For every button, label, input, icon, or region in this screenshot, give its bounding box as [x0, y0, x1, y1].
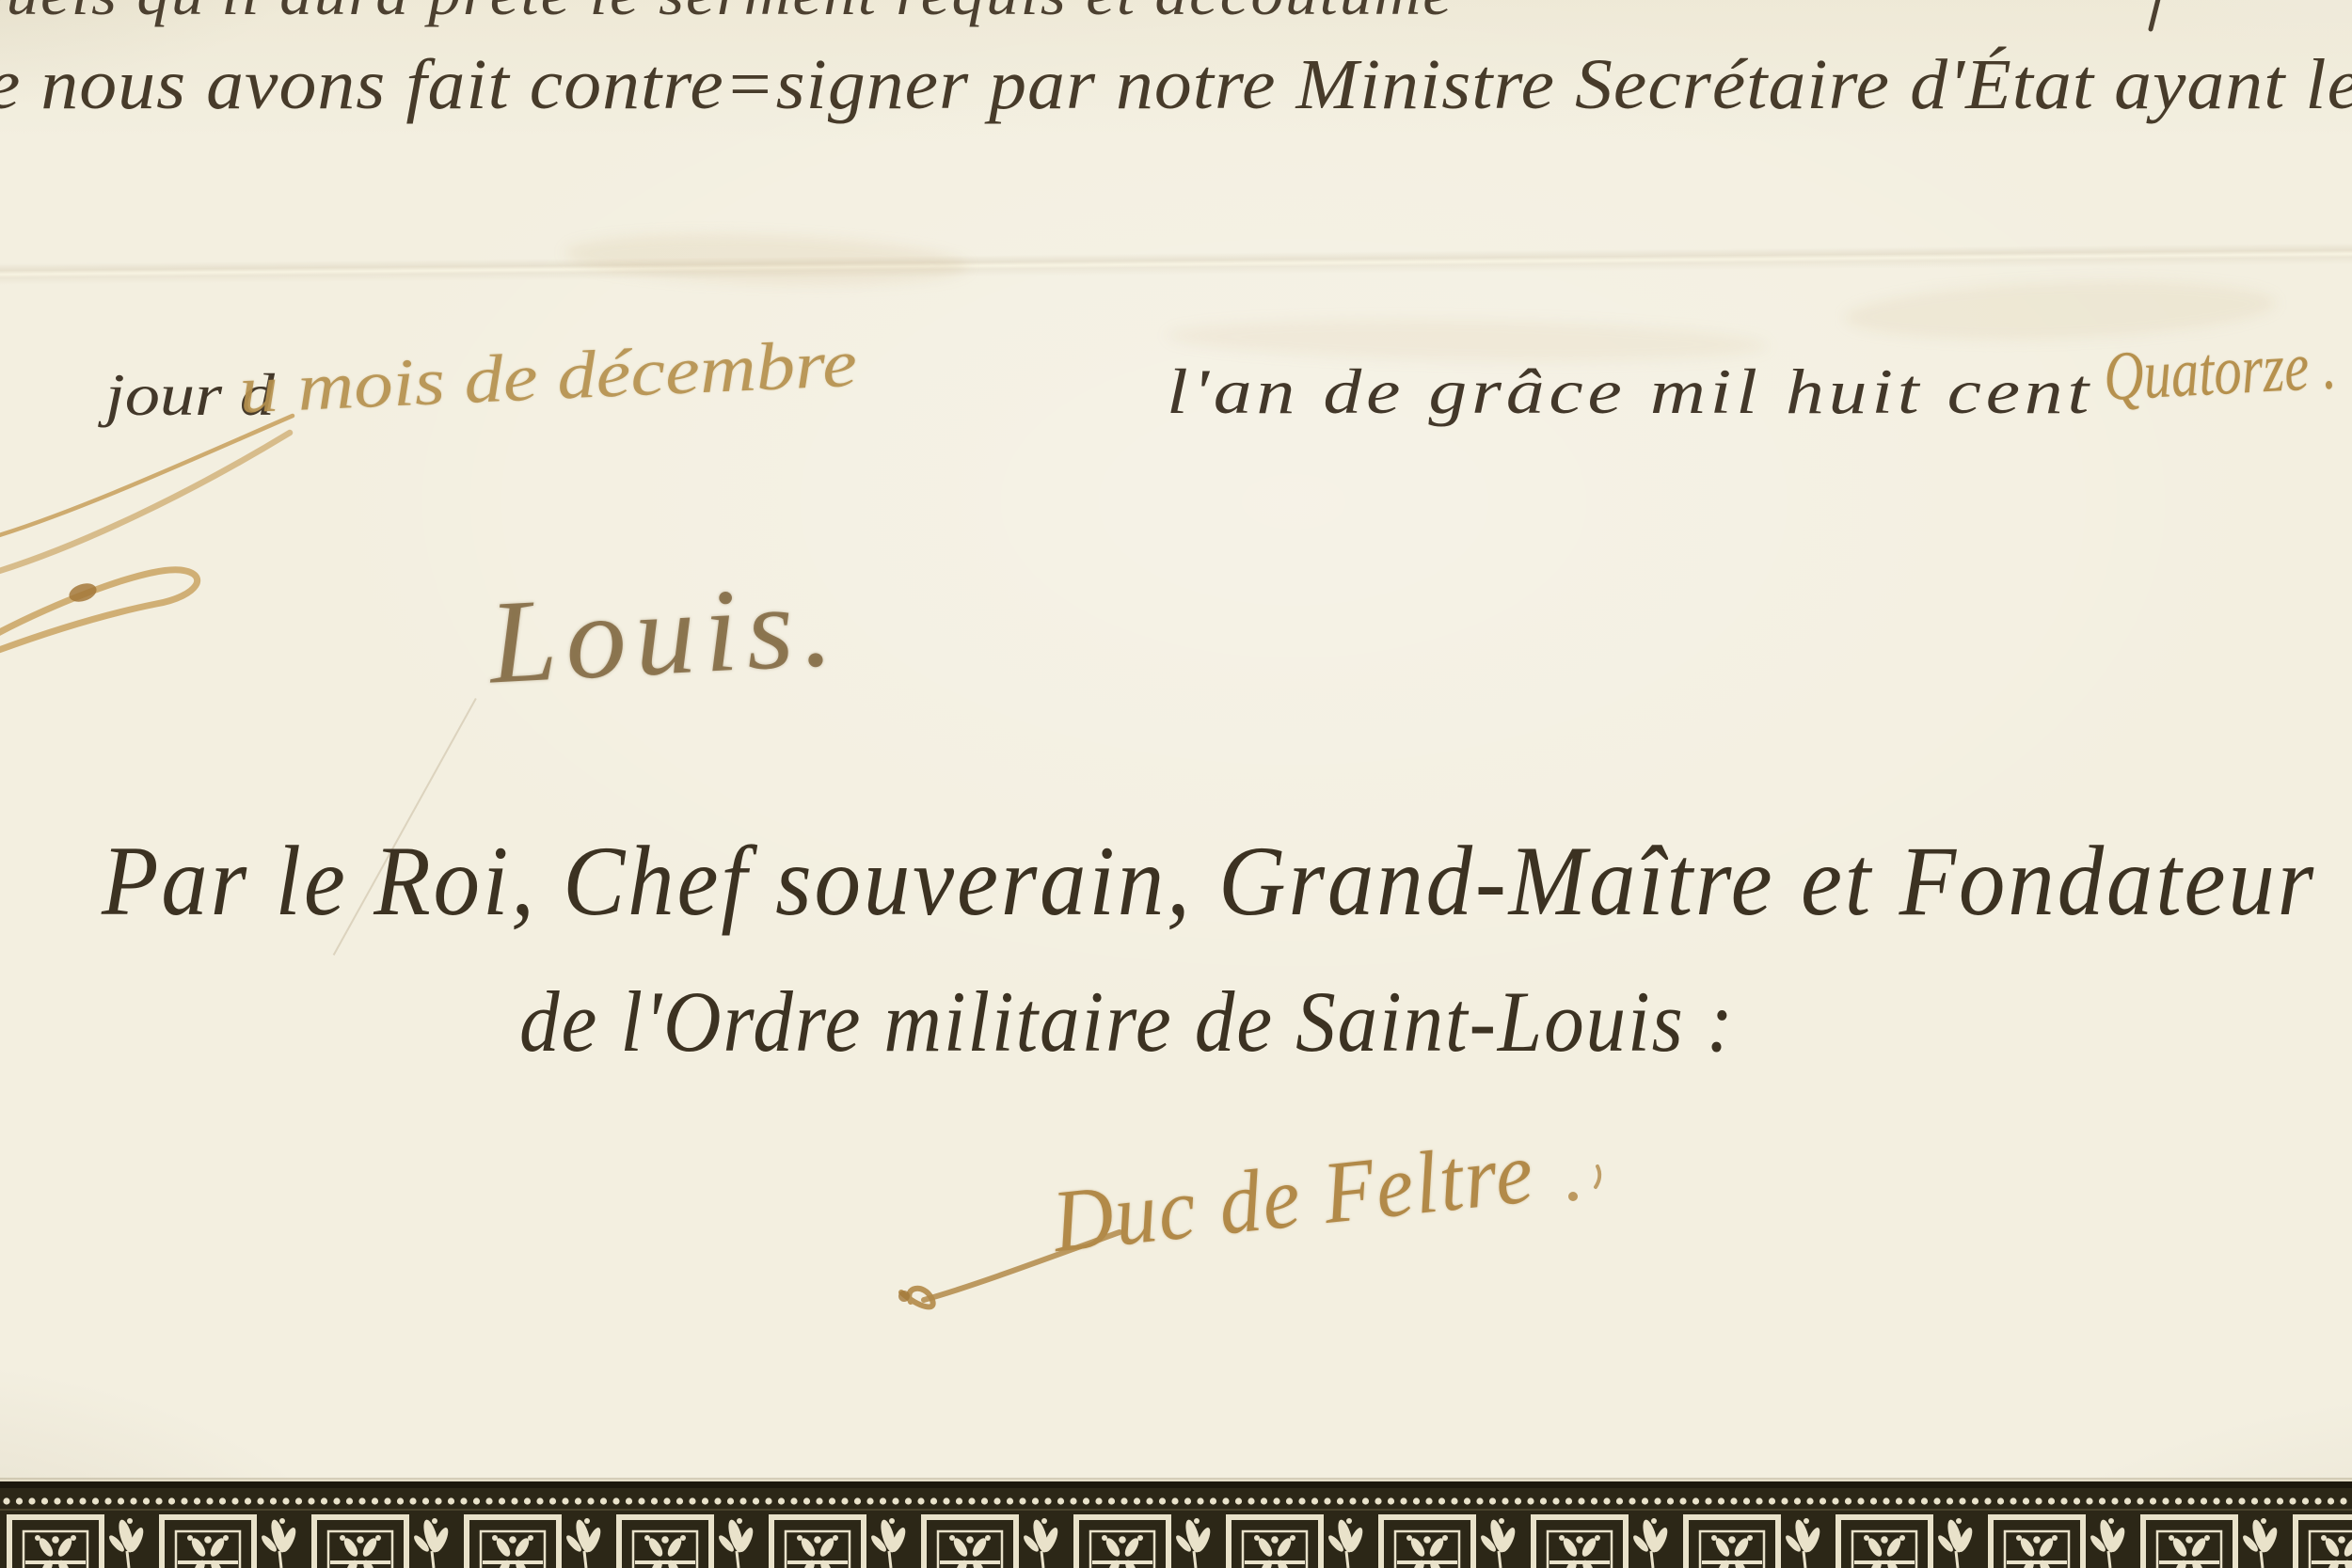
countersign-text: e nous avons fait contre=signer par notr… [0, 49, 2352, 120]
date-month-text: u mois de décembre [238, 329, 859, 424]
date-printed-year-prefix: l'an de grâce mil huit cent [1167, 359, 1937, 423]
authority-line-2: de l'Ordre militaire de Saint-Louis : [519, 978, 1831, 1065]
ink-smudge [564, 229, 970, 292]
left-ink-flourish [0, 404, 316, 715]
authority-line-1: Par le Roi, Chef souverain, Grand-Maître… [102, 832, 2352, 931]
date-handwritten-year: Quatorze . [2102, 327, 2352, 412]
king-signature: Louis. [486, 567, 836, 704]
fold-crease [0, 230, 2352, 293]
date-printed-day-prefix: jour d [105, 365, 251, 425]
authority-line-1-text: Par le Roi, Chef souverain, Grand-Maître… [102, 832, 2316, 931]
decorative-border [0, 1481, 2352, 1568]
king-signature-text: Louis. [486, 566, 844, 703]
date-handwritten-month: u mois de décembre [238, 333, 778, 424]
text-line-countersign: e nous avons fait contre=signer par notr… [0, 49, 2251, 120]
paper-texture [0, 0, 2352, 1568]
date-year-prefix-text: l'an de grâce mil huit cent [1167, 359, 2093, 423]
document-photo: quels qu'il aura prêté le serment requis… [0, 0, 2352, 1568]
border-pattern-svg [0, 1481, 2352, 1568]
oath-fragment-text: quels qu'il aura prêté le serment requis… [0, 0, 1454, 24]
minister-signature: Duc de Feltre [1049, 1125, 1567, 1266]
text-line-oath-fragment: quels qu'il aura prêté le serment requis… [0, 0, 1350, 24]
date-year-text: Quatorze . [2102, 330, 2338, 412]
cut-letter-stem [2148, 0, 2162, 32]
minister-signature-text: Duc de Feltre [1049, 1128, 1539, 1266]
authority-line-2-text: de l'Ordre militaire de Saint-Louis : [519, 978, 1735, 1065]
